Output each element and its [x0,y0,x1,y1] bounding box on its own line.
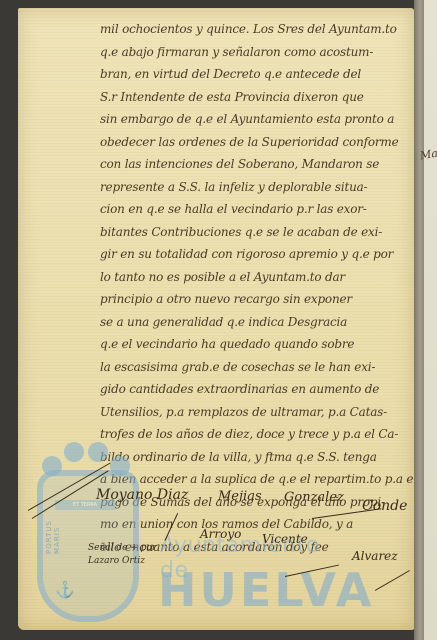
signature-flourish [165,513,179,541]
signature-block: Moyano Diaz Mejias Gonzalez Conde Arroyo… [0,0,437,640]
signature: Conde [362,498,407,514]
signature-flourish [375,570,410,591]
signature: Mejias [218,489,262,504]
signature: Moyano Diaz [96,487,188,503]
signature: Gonzalez [284,490,344,505]
signature: Arroyo [200,527,241,541]
signature: Vicente [262,532,308,546]
signature-flourish [285,565,339,577]
signature: Señal de + por Lazaro Ortiz [88,542,158,568]
signature: Alvarez [352,549,398,563]
